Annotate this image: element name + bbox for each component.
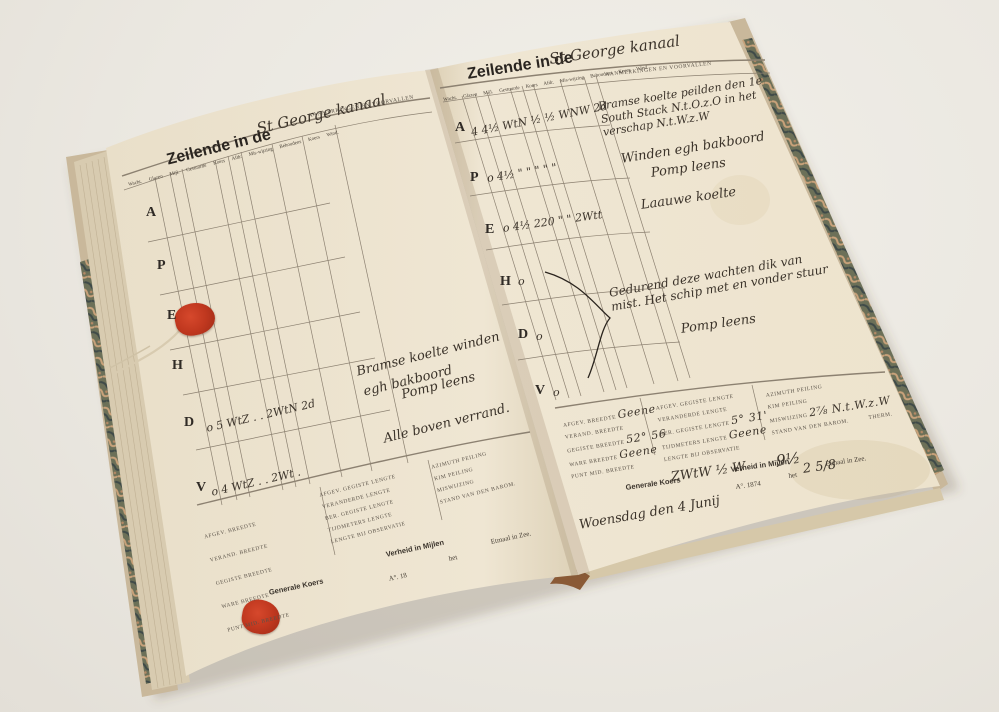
left-row-v: V <box>196 480 206 496</box>
left-row-p: P <box>157 258 166 274</box>
right-entry-v: o <box>553 386 560 399</box>
therm-label: THERM. <box>868 411 893 421</box>
afgev-breedte-label: AFGEV. BREEDTE <box>203 516 268 543</box>
right-row-d: D <box>518 327 528 343</box>
verand-breedte-label: VERAND. BREEDTE <box>209 539 274 566</box>
left-row-e: E <box>167 308 176 324</box>
right-row-a: A <box>455 120 465 136</box>
right-row-p: P <box>470 170 479 186</box>
left-row-d: D <box>184 415 194 431</box>
book-body <box>0 0 999 712</box>
right-row-v: V <box>535 383 545 399</box>
left-row-h: H <box>172 358 183 374</box>
right-entry-h: o <box>518 275 525 288</box>
left-row-a: A <box>146 205 156 221</box>
punt-mid-breedte-label: PUNT MID. BREEDTE <box>226 609 291 636</box>
right-het-label: het <box>788 471 798 480</box>
right-row-e: E <box>485 222 494 238</box>
right-row-h: H <box>500 274 511 290</box>
photo-scene: Zeilende in de St George kanaal AANMERKI… <box>0 0 999 712</box>
right-entry-d: o <box>536 330 543 343</box>
gegiste-breedte-label: GEGISTE BREEDTE <box>215 563 280 590</box>
right-distance-value: 9½ <box>775 449 801 470</box>
